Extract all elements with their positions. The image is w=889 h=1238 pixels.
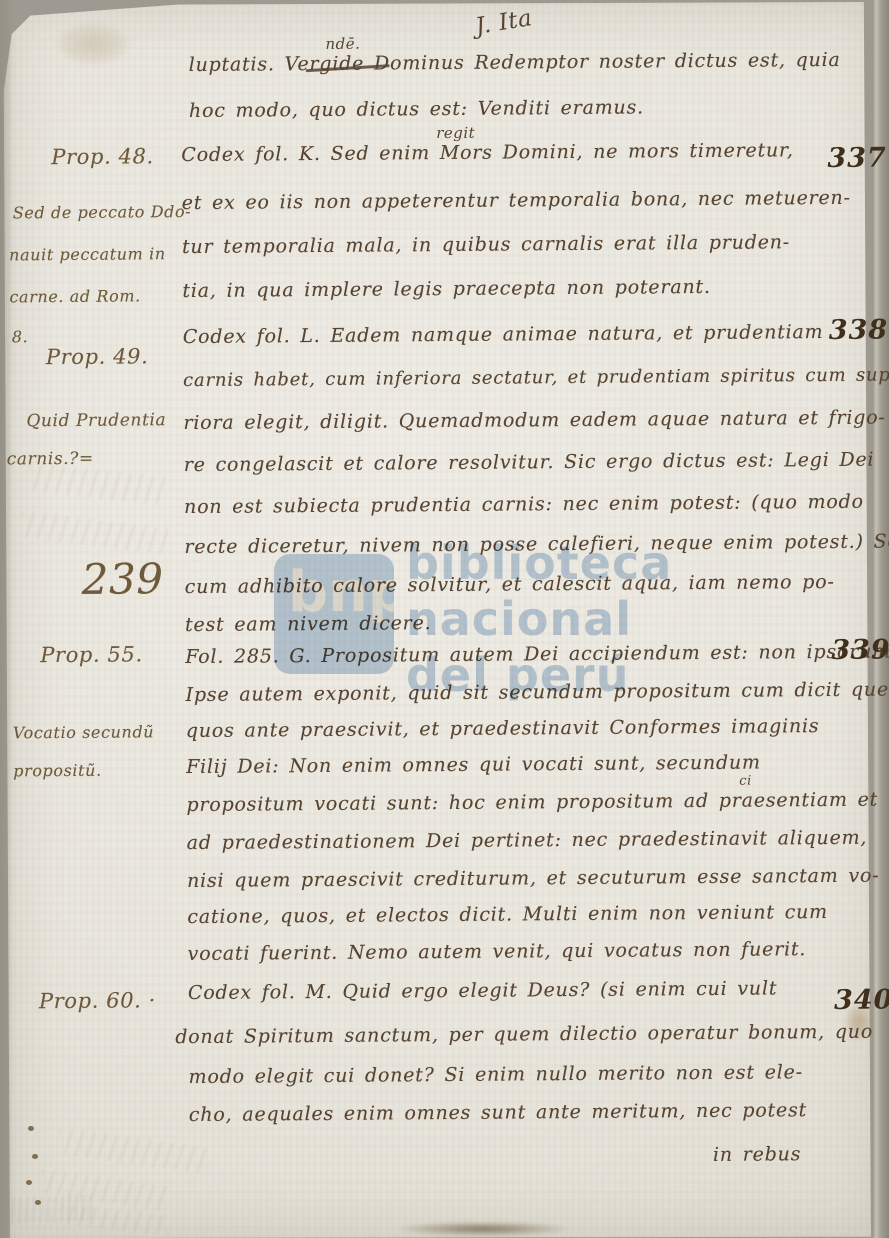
manuscript-line: recte diceretur, nivem non posse calefie… <box>184 530 889 558</box>
margin-note: nauit peccatum in <box>9 244 166 264</box>
margin-note: 8. <box>12 327 29 346</box>
margin-note: Prop. 49. <box>46 344 149 369</box>
manuscript-line: vocati fuerint. Nemo autem venit, qui vo… <box>188 938 807 965</box>
manuscript-line: luptatis. Vergide Dominus Redemptor nost… <box>189 49 841 76</box>
margin-note: Sed de peccato Ddo- <box>13 202 192 222</box>
margin-note: propositũ. <box>13 761 102 781</box>
margin-note: Prop. 60. · <box>39 988 156 1013</box>
manuscript-line: tia, in qua implere legis praecepta non … <box>182 276 711 302</box>
margin-note: Prop. 48. <box>51 144 154 169</box>
manuscript-line: Codex fol. M. Quid ergo elegit Deus? (si… <box>188 977 777 1004</box>
manuscript-line: hoc modo, quo dictus est: Venditi eramus… <box>189 96 644 122</box>
interlinear-note: ci <box>739 774 752 789</box>
margin-note: carnis.?= <box>7 449 94 470</box>
margin-note: Quid Prudentia <box>26 410 166 431</box>
manuscript-line: Fol. 285. G. Propositum autem Dei accipi… <box>185 640 889 668</box>
catchword: in rebus <box>713 1143 801 1166</box>
margin-note: carne. ad Rom. <box>9 286 140 306</box>
manuscript-line: quos ante praescivit, et praedestinavit … <box>186 715 820 742</box>
folio-ref-number: 337 <box>827 143 887 174</box>
folio-ref-number: 340. <box>834 984 889 1016</box>
margin-note: Prop. 55. <box>40 642 143 667</box>
manuscript-line: ad praedestinationem Dei pertinet: nec p… <box>187 827 868 854</box>
manuscript-line: nisi quem praescivit crediturum, et secu… <box>187 865 880 892</box>
manuscript-scan: { "colors": { "ink": "#574430", "margin_… <box>0 0 889 1238</box>
folio-page-number: 239 <box>81 554 163 604</box>
manuscript-line: donat Spiritum sanctum, per quem dilecti… <box>175 1021 873 1048</box>
handwritten-text-layer: luptatis. Vergide Dominus Redemptor nost… <box>0 0 889 1238</box>
manuscript-line: modo elegit cui donet? Si enim nullo mer… <box>189 1061 803 1088</box>
manuscript-line: carnis habet, cum inferiora sectatur, et… <box>183 364 889 391</box>
manuscript-line: catione, quos, et electos dicit. Multi e… <box>187 901 828 928</box>
manuscript-line: Filij Dei: Non enim omnes qui vocati sun… <box>186 752 761 779</box>
manuscript-line: re congelascit et calore resolvitur. Sic… <box>184 449 875 476</box>
folio-ref-number: 339. <box>831 634 889 666</box>
manuscript-line: tur temporalia mala, in quibus carnalis … <box>182 231 790 258</box>
manuscript-line: cho, aequales enim omnes sunt ante merit… <box>189 1099 807 1126</box>
interlinear-note: J. Ita <box>474 5 535 40</box>
manuscript-line: Ipse autem exponit, quid sit secundum pr… <box>186 678 889 706</box>
margin-note: Vocatio secundũ <box>13 722 154 742</box>
manuscript-line: Codex fol. L. Eadem namque animae natura… <box>183 321 824 348</box>
manuscript-line: test eam nivem dicere. <box>185 612 432 636</box>
manuscript-line: et ex eo iis non appeterentur temporalia… <box>182 187 851 214</box>
interlinear-note: ndē. <box>325 35 360 53</box>
interlinear-note: regit <box>436 124 475 142</box>
manuscript-line: propositum vocati sunt: hoc enim proposi… <box>186 789 878 816</box>
manuscript-line: cum adhibito calore solvitur, et calesci… <box>185 571 835 598</box>
folio-ref-number: 338. <box>829 314 889 346</box>
manuscript-line: non est subiecta prudentia carnis: nec e… <box>184 491 864 518</box>
manuscript-line: Codex fol. K. Sed enim Mors Domini, ne m… <box>181 139 793 166</box>
manuscript-line: riora elegit, diligit. Quemadmodum eadem… <box>183 407 885 435</box>
